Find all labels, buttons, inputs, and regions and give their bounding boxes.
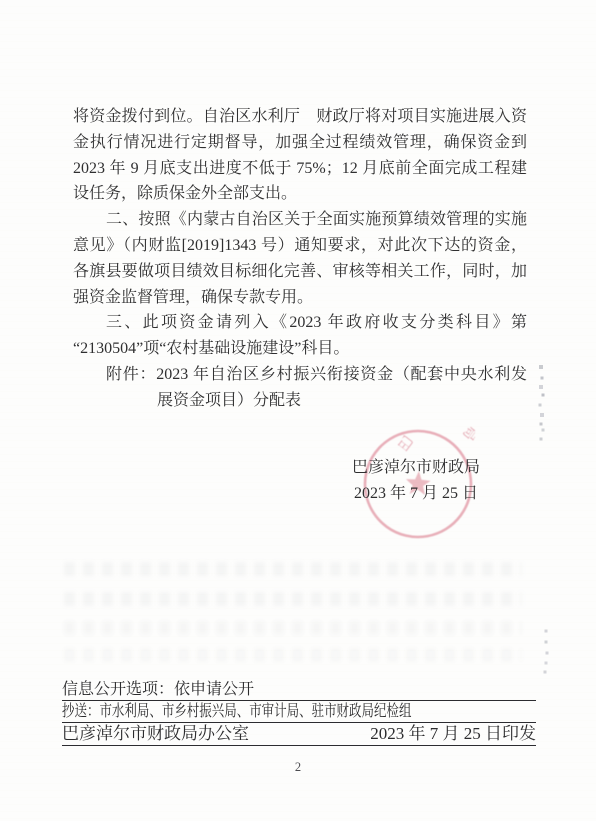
bleed-through-artifact [64, 592, 522, 606]
bleed-through-artifact [64, 621, 522, 635]
issuing-office-row: 巴彦淖尔市财政局办公室 2023 年 7 月 25 日印发 [62, 723, 536, 746]
body-text-line: 附件：2023 年自治区乡村振兴衔接资金（配套中央水利发 [73, 362, 527, 388]
body-text-line: 各旗县要做项目绩效目标细化完善、审核等相关工作，同时，加 [73, 259, 527, 285]
disclosure-row: 信息公开选项：依申请公开 [62, 678, 536, 701]
body-text-line: 二、按照《内蒙古自治区关于全面实施预算绩效管理的实施 [73, 207, 527, 233]
document-colophon: 信息公开选项：依申请公开 抄送：市水利局、市乡村振兴局、市审计局、驻市财政局纪检… [62, 678, 536, 746]
body-text-line: “2130504”项“农村基础设施建设”科目。 [73, 336, 527, 362]
page-number: 2 [0, 760, 596, 775]
disclosure-option: 信息公开选项：依申请公开 [62, 678, 254, 699]
body-text-line: 三、此项资金请列入《2023 年政府收支分类科目》第 [73, 310, 527, 336]
issuing-office: 巴彦淖尔市财政局办公室 [62, 723, 249, 744]
cc-list: 抄送：市水利局、市乡村振兴局、市审计局、驻市财政局纪检组 [62, 701, 411, 722]
body-text-line: 金执行情况进行定期督导，加强全过程绩效管理，确保资金到 [73, 130, 527, 156]
body-text-line: 意见》（内财监[2019]1343 号）通知要求，对此次下达的资金， [73, 233, 527, 259]
print-date: 2023 年 7 月 25 日印发 [370, 723, 536, 744]
bleed-through-artifact [64, 562, 522, 576]
issue-date: 2023 年 7 月 25 日 [346, 481, 486, 507]
body-text-line: 强资金监督管理，确保专款专用。 [73, 285, 527, 311]
signature-block: 巴彦淖尔市财政局 2023 年 7 月 25 日 [346, 455, 486, 507]
scan-speck-artifacts [0, 0, 2, 2]
document-page: 将资金拨付到位。自治区水利厅 财政厅将对项目实施进展入资金执行情况进行定期督导，… [0, 0, 596, 821]
document-body: 将资金拨付到位。自治区水利厅 财政厅将对项目实施进展入资金执行情况进行定期督导，… [73, 104, 527, 414]
issuer-name: 巴彦淖尔市财政局 [346, 455, 486, 481]
bleed-through-artifact [64, 648, 522, 662]
cc-row: 抄送：市水利局、市乡村振兴局、市审计局、驻市财政局纪检组 [62, 701, 536, 724]
body-text-line: 设任务，除质保金外全部支出。 [73, 181, 527, 207]
body-text-line: 将资金拨付到位。自治区水利厅 财政厅将对项目实施进展入资 [73, 104, 527, 130]
body-text-line: 2023 年 9 月底支出进度不低于 75%；12 月底前全面完成工程建 [73, 156, 527, 182]
body-text-line: 展资金项目）分配表 [157, 388, 527, 414]
